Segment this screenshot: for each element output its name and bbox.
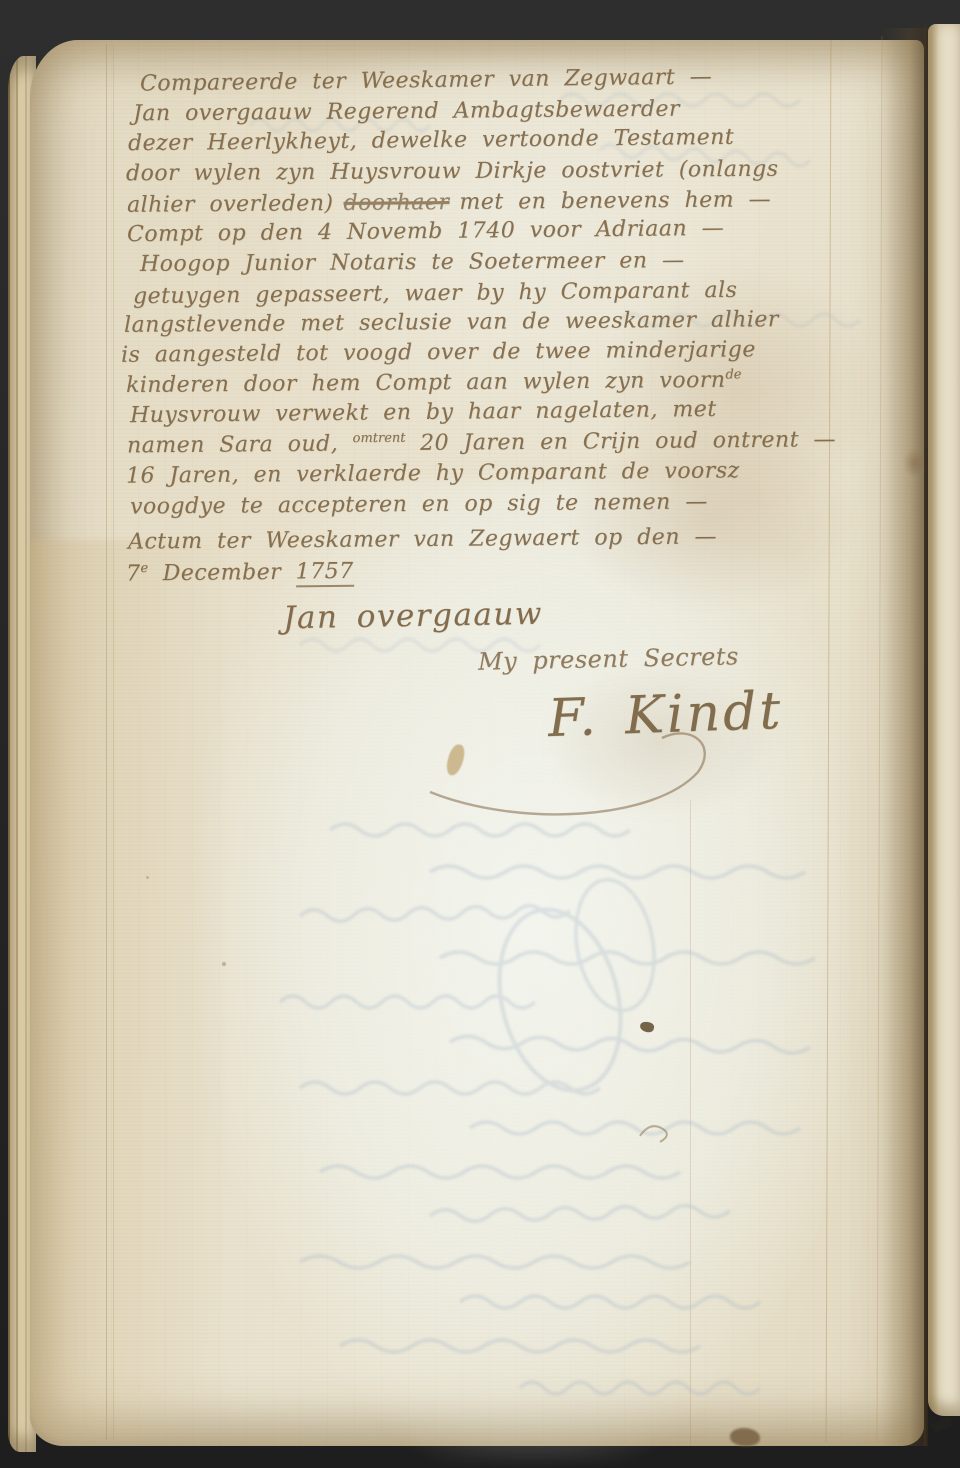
manuscript-line-14: 16 Jaren, en verklaerde hy Comparant de … — [126, 458, 740, 488]
secretary-attestation: My present Secrets — [478, 642, 739, 675]
signature-jan-overgaauw: Jan overgaauw — [283, 596, 543, 637]
struck-word: doorhaer — [343, 190, 449, 216]
line-5-text: alhier overleden) — [127, 191, 334, 218]
book-gutter-shadow — [880, 28, 928, 1446]
margin-rule-left — [106, 44, 107, 1440]
date-year: 1757 — [296, 559, 354, 588]
line-5-text-after: met en benevens hem — — [459, 187, 771, 215]
line-13-text-after: 20 Jaren en Crijn oud ontrent — — [420, 427, 836, 456]
date-month: December — [163, 560, 282, 586]
line-13-superscript: omtrent — [353, 431, 406, 446]
signature-f-kindt: F. Kindt — [547, 681, 784, 749]
manuscript-line-2: Jan overgaauw Regerend Ambagtsbewaerder — [133, 97, 680, 127]
next-page-sliver — [928, 24, 960, 1416]
manuscript-line-7: Hoogop Junior Notaris te Soetermeer en — — [140, 248, 685, 277]
margin-rule-left-2 — [113, 44, 114, 1440]
manuscript-date-line: 7e December 1757 — [126, 559, 354, 587]
gutter-crease — [924, 26, 926, 1446]
manuscript-line-4: door wylen zyn Huysvrouw Dirkje oostvrie… — [126, 157, 779, 187]
archive-scan: Compareerde ter Weeskamer van Zegwaart —… — [0, 0, 960, 1468]
manuscript-line-11: kinderen door hem Compt aan wylen zyn vo… — [126, 367, 742, 398]
line-11-text: kinderen door hem Compt aan wylen zyn vo… — [126, 368, 726, 398]
date-day: 7 — [126, 561, 141, 586]
manuscript-line-15: voogdye te accepteren en op sig te nemen… — [130, 489, 708, 519]
manuscript-line-16: Actum ter Weeskamer van Zegwaert op den … — [128, 524, 717, 554]
date-superscript: e — [140, 561, 148, 576]
line-13-text: namen Sara oud, — [127, 432, 338, 459]
line-11-superscript: de — [725, 367, 741, 382]
page-edge-notch — [931, 1416, 953, 1433]
bleedthrough-rule — [690, 800, 691, 1446]
